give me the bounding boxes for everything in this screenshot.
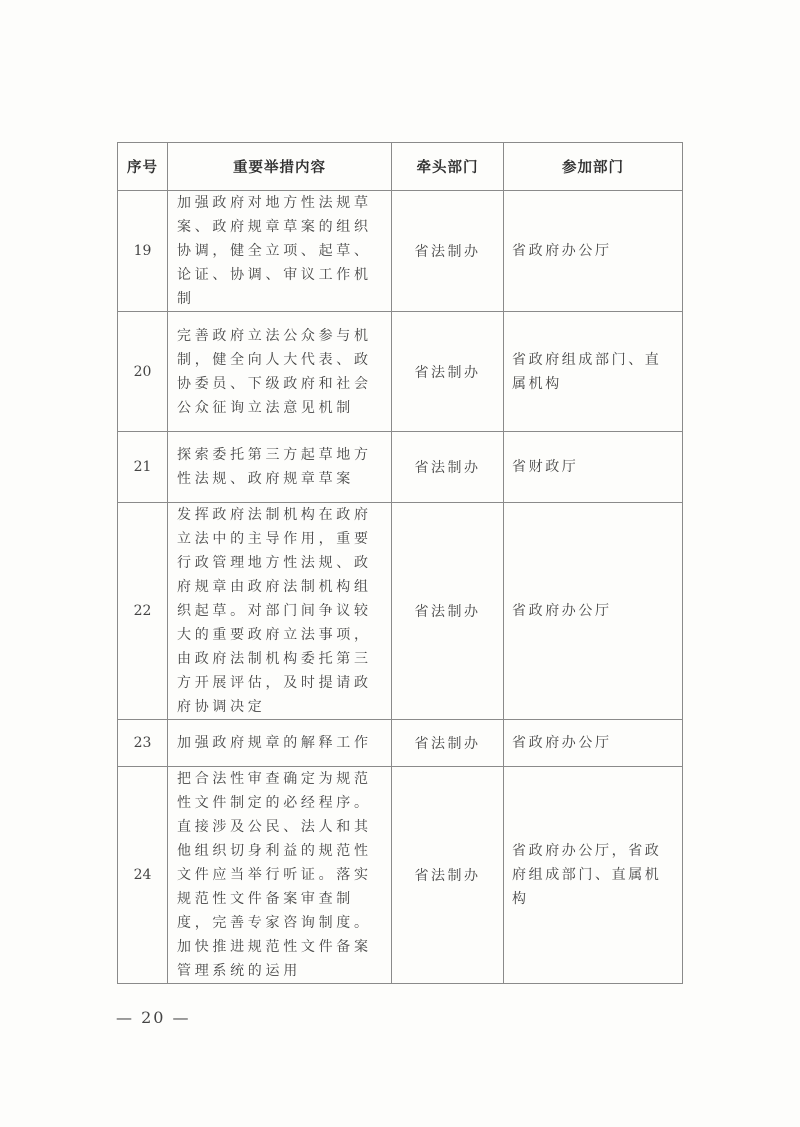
measure-content: 加强政府规章的解释工作: [168, 720, 392, 767]
row-number: 20: [118, 312, 168, 432]
header-lead-department: 牵头部门: [392, 143, 504, 191]
row-number: 19: [118, 191, 168, 312]
measures-table: 序号 重要举措内容 牵头部门 参加部门 19 加强政府对地方性法规草案、政府规章…: [117, 142, 683, 984]
row-number: 23: [118, 720, 168, 767]
participating-departments: 省政府办公厅，省政府组成部门、直属机构: [504, 767, 683, 984]
participating-departments: 省政府组成部门、直属机构: [504, 312, 683, 432]
table-row: 20 完善政府立法公众参与机制，健全向人大代表、政协委员、下级政府和社会公众征询…: [118, 312, 683, 432]
table-header-row: 序号 重要举措内容 牵头部门 参加部门: [118, 143, 683, 191]
lead-department: 省法制办: [392, 191, 504, 312]
lead-department: 省法制办: [392, 312, 504, 432]
header-serial-no: 序号: [118, 143, 168, 191]
measure-content: 探索委托第三方起草地方性法规、政府规章草案: [168, 432, 392, 503]
table-row: 22 发挥政府法制机构在政府立法中的主导作用，重要行政管理地方性法规、政府规章由…: [118, 503, 683, 720]
header-measure-content: 重要举措内容: [168, 143, 392, 191]
page-number: — 20 —: [116, 1008, 191, 1027]
lead-department: 省法制办: [392, 503, 504, 720]
row-number: 22: [118, 503, 168, 720]
header-participating-departments: 参加部门: [504, 143, 683, 191]
measure-content: 加强政府对地方性法规草案、政府规章草案的组织协调，健全立项、起草、论证、协调、审…: [168, 191, 392, 312]
measure-content: 完善政府立法公众参与机制，健全向人大代表、政协委员、下级政府和社会公众征询立法意…: [168, 312, 392, 432]
participating-departments: 省财政厅: [504, 432, 683, 503]
table-row: 23 加强政府规章的解释工作 省法制办 省政府办公厅: [118, 720, 683, 767]
lead-department: 省法制办: [392, 432, 504, 503]
lead-department: 省法制办: [392, 767, 504, 984]
measure-content: 发挥政府法制机构在政府立法中的主导作用，重要行政管理地方性法规、政府规章由政府法…: [168, 503, 392, 720]
participating-departments: 省政府办公厅: [504, 503, 683, 720]
measure-content: 把合法性审查确定为规范性文件制定的必经程序。直接涉及公民、法人和其他组织切身利益…: [168, 767, 392, 984]
table-row: 24 把合法性审查确定为规范性文件制定的必经程序。直接涉及公民、法人和其他组织切…: [118, 767, 683, 984]
table-row: 19 加强政府对地方性法规草案、政府规章草案的组织协调，健全立项、起草、论证、协…: [118, 191, 683, 312]
participating-departments: 省政府办公厅: [504, 720, 683, 767]
row-number: 21: [118, 432, 168, 503]
table-row: 21 探索委托第三方起草地方性法规、政府规章草案 省法制办 省财政厅: [118, 432, 683, 503]
row-number: 24: [118, 767, 168, 984]
lead-department: 省法制办: [392, 720, 504, 767]
participating-departments: 省政府办公厅: [504, 191, 683, 312]
